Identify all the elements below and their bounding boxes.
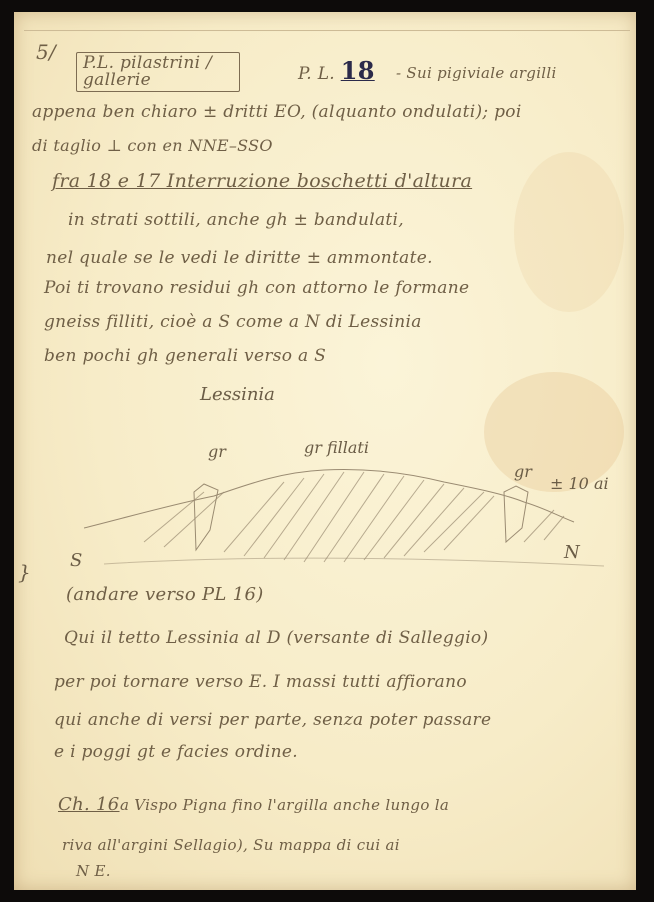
sketch-south-label: S <box>70 550 82 571</box>
page-fold-line <box>24 30 630 31</box>
bottom-ref: Ch. 16 <box>58 794 120 815</box>
text-line: e i poggi gt e facies ordine. <box>54 742 298 762</box>
text-line: Qui il tetto Lessinia al D (versante di … <box>64 628 488 648</box>
paper-stain <box>514 152 624 312</box>
margin-bracket: } <box>18 560 31 584</box>
text-line: (andare verso PL 16) <box>66 584 264 605</box>
header-ref-number: 18 <box>341 56 375 85</box>
text-line: gneiss filliti, cioè a S come a N di Les… <box>44 312 422 332</box>
text-line: fra 18 e 17 Interruzione boschetti d'alt… <box>52 170 472 192</box>
sketch-title: Lessinia <box>200 384 275 405</box>
text-line: N E. <box>76 862 111 880</box>
notebook-page: 5/ P.L. pilastrini / gallerie P. L. 18 -… <box>14 12 636 890</box>
text-line: riva all'argini Sellagio), Su mappa di c… <box>62 836 400 854</box>
text-line: di taglio ⊥ con en NNE–SSO <box>32 136 273 155</box>
text-line: per poi tornare verso E. I massi tutti a… <box>54 672 467 692</box>
text-line: ben pochi gh generali verso a S <box>44 346 326 366</box>
geological-cross-section-sketch <box>84 452 604 582</box>
header-ref-prefix: P. L. <box>298 64 335 84</box>
text-line: in strati sottili, anche gh ± bandulati, <box>68 210 404 230</box>
header-box: P.L. pilastrini / gallerie <box>76 52 240 92</box>
header-ref: P. L. 18 <box>298 56 375 85</box>
text-line: nel quale se le vedi le diritte ± ammont… <box>46 248 433 268</box>
page-number: 5/ <box>36 40 56 64</box>
text-line: qui anche di versi per parte, senza pote… <box>54 710 491 730</box>
text-line: appena ben chiaro ± dritti EO, (alquanto… <box>32 102 522 122</box>
text-line: a Vispo Pigna fino l'argilla anche lungo… <box>120 796 449 814</box>
text-line: Poi ti trovano residui gh con attorno le… <box>44 278 469 298</box>
text-line: - Sui pigiviale argilli <box>396 64 557 82</box>
